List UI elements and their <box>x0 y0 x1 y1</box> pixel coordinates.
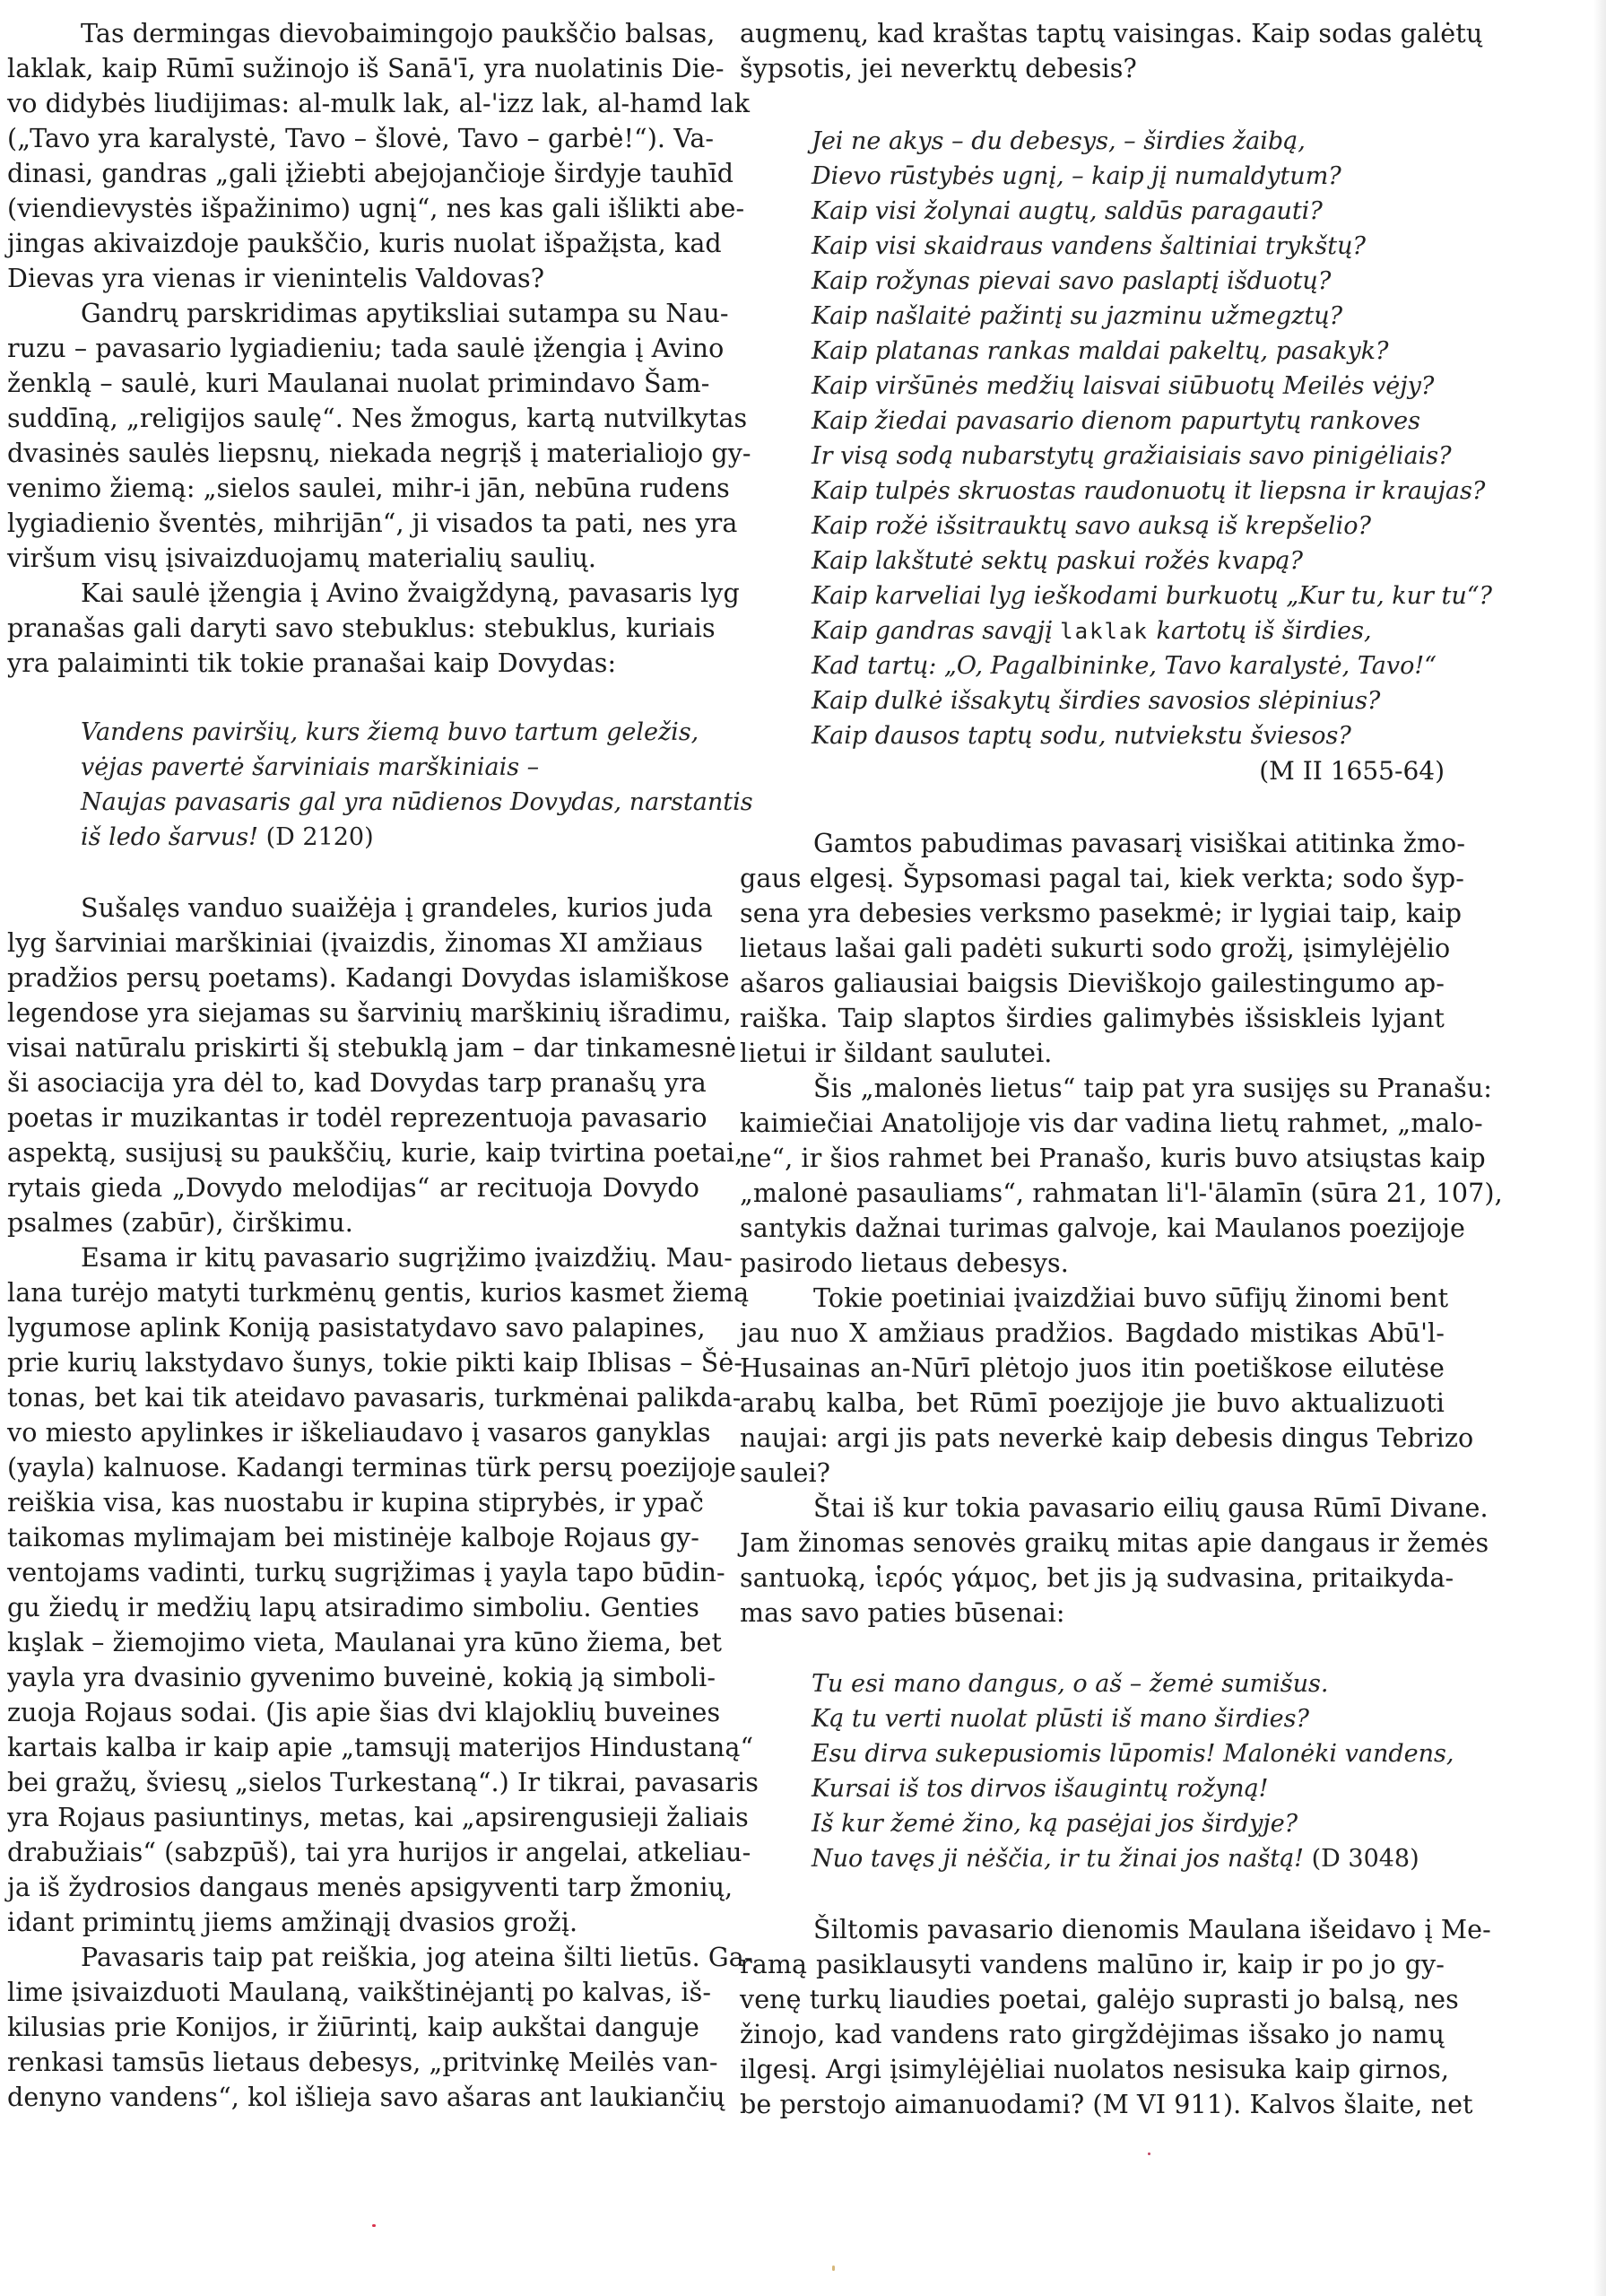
text-line: ja iš žydrosios dangaus menės apsigyvent… <box>7 1870 699 1905</box>
verse-text: Kaip gandras savąjį <box>812 617 1053 645</box>
text-line: bei gražų, šviesų „sielos Turkestaną“.) … <box>7 1765 699 1800</box>
verse-line: Kaip našlaitė pažintį su jazminu užmegzt… <box>812 299 1445 334</box>
paragraph: Šis „malonės lietus“ taip pat yra susiję… <box>740 1071 1445 1281</box>
text-line: psalmes (zabūr), čirškimu. <box>7 1205 699 1240</box>
text-line: reiškia visa, kas nuostabu ir kupina sti… <box>7 1485 699 1520</box>
verse-line: Vandens paviršių, kurs žiemą buvo tartum… <box>81 715 699 750</box>
text-line: prie kurių lakstydavo šunys, tokie pikti… <box>7 1345 699 1380</box>
text-line: vo didybės liudijimas: al-mulk lak, al-'… <box>7 86 699 121</box>
text-line: („Tavo yra karalystė, Tavo – šlovė, Tavo… <box>7 121 699 156</box>
left-column: Tas dermingas dievobaimingojo paukščio b… <box>7 16 699 2115</box>
verse-line: Esu dirva sukepusiomis lūpomis! Malonėki… <box>812 1736 1445 1771</box>
text-line: poetas ir muzikantas ir todėl reprezentu… <box>7 1100 699 1135</box>
text-line: žinojo, kad vandens rato girgždėjimas iš… <box>740 2017 1445 2052</box>
text-line: lietaus lašai gali padėti sukurti sodo g… <box>740 931 1445 966</box>
poem-quote: Tu esi mano dangus, o aš – žemė sumišus.… <box>740 1666 1445 1876</box>
paragraph: augmenų, kad kraštas taptų vaisingas. Ka… <box>740 16 1445 86</box>
verse-line: Naujas pavasaris gal yra nūdienos Dovyda… <box>81 785 699 820</box>
text-line: Sušalęs vanduo suaižėja į grandeles, kur… <box>7 891 699 926</box>
verse-line: Kaip visi skaidraus vandens šaltiniai tr… <box>812 229 1445 264</box>
verse-line: Kaip tulpės skruostas raudonuotų it liep… <box>812 474 1445 509</box>
text-line: Gamtos pabudimas pavasarį visiškai atiti… <box>740 826 1445 861</box>
paragraph: Pavasaris taip pat reiškia, jog ateina š… <box>7 1940 699 2115</box>
poem-quote: Vandens paviršių, kurs žiemą buvo tartum… <box>7 715 699 855</box>
verse-line: Ir visą sodą nubarstytų gražiaisiais sav… <box>812 439 1445 474</box>
text-line: mas savo paties būsenai: <box>740 1596 1445 1631</box>
text-line: lyg šarviniai marškiniai (įvaizdis, žino… <box>7 926 699 961</box>
text-line: Tokie poetiniai įvaizdžiai buvo sūfijų ž… <box>740 1281 1445 1316</box>
text-line: Šis „malonės lietus“ taip pat yra susiję… <box>740 1071 1445 1106</box>
text-line: gu žiedų ir medžių lapų atsiradimo simbo… <box>7 1590 699 1625</box>
verse-text: kartotų iš širdies, <box>1156 617 1371 645</box>
scan-speck <box>832 2266 835 2271</box>
paragraph: Tokie poetiniai įvaizdžiai buvo sūfijų ž… <box>740 1281 1445 1491</box>
verse-line: Kaip lakštutė sektų paskui rožės kvapą? <box>812 544 1445 578</box>
text-line: kışlak – žiemojimo vieta, Maulanai yra k… <box>7 1625 699 1660</box>
text-line: dvasinės saulės liepsnų, niekada negrįš … <box>7 436 699 471</box>
text-line: sena yra debesies verksmo pasekmė; ir ly… <box>740 896 1445 931</box>
text-line: ši asociacija yra dėl to, kad Dovydas ta… <box>7 1065 699 1100</box>
verse-line: Kursai iš tos dirvos išaugintų rožyną! <box>812 1771 1445 1806</box>
text-line: ruzu – pavasario lygiadieniu; tada saulė… <box>7 331 699 366</box>
verse-line: Kaip dulkė išsakytų širdies savosios slė… <box>812 683 1445 718</box>
text-line: ašaros galiausiai baigsis Dieviškojo gai… <box>740 966 1445 1001</box>
spacer <box>7 681 699 715</box>
verse-line: Kaip rožė išsitrauktų savo auksą iš krep… <box>812 509 1445 544</box>
text-line: santuoką, ἱερός γάμος, bet jis ją sudvas… <box>740 1561 1445 1596</box>
text-line: Kai saulė įžengia į Avino žvaigždyną, pa… <box>7 576 699 611</box>
paragraph: Sušalęs vanduo suaižėja į grandeles, kur… <box>7 891 699 1240</box>
text-line: legendose yra siejamas su šarvinių maršk… <box>7 996 699 1031</box>
text-line: lana turėjo matyti turkmėnų gentis, kuri… <box>7 1275 699 1310</box>
verse-text: iš ledo šarvus! <box>81 823 258 851</box>
text-line: naujai: argi jis pats neverkė kaip debes… <box>740 1421 1445 1456</box>
text-line: Tas dermingas dievobaimingojo paukščio b… <box>7 16 699 51</box>
text-line: kaimiečiai Anatolijoje vis dar vadina li… <box>740 1106 1445 1141</box>
verse-text: Nuo tavęs ji nėščia, ir tu žinai jos naš… <box>812 1845 1304 1873</box>
verse-line: Iš kur žemė žino, ką pasėjai jos širdyje… <box>812 1806 1445 1841</box>
text-line: be perstojo aimanuodami? (M VI 911). Kal… <box>740 2087 1445 2122</box>
text-line: laklak, kaip Rūmī sužinojo iš Sanā'ī, yr… <box>7 51 699 86</box>
text-line: jingas akivaizdoje paukščio, kuris nuola… <box>7 226 699 261</box>
text-line: denyno vandens“, kol išlieja savo ašaras… <box>7 2080 699 2115</box>
verse-line: iš ledo šarvus! (D 2120) <box>81 820 699 855</box>
text-line: lygumose aplink Koniją pasistatydavo sav… <box>7 1310 699 1345</box>
spacer <box>740 1876 1445 1912</box>
verse-line: Kaip visi žolynai augtų, saldūs paragaut… <box>812 194 1445 229</box>
text-line: lime įsivaizduoti Maulaną, vaikštinėjant… <box>7 1975 699 2010</box>
text-line: dinasi, gandras „gali įžiebti abejojanči… <box>7 156 699 191</box>
scan-speck <box>1148 2152 1150 2155</box>
verse-line: Tu esi mano dangus, o aš – žemė sumišus. <box>812 1666 1445 1701</box>
text-line: pasirodo lietaus debesys. <box>740 1246 1445 1281</box>
text-line: „malonė pasauliams“, rahmatan li'l-'ālam… <box>740 1176 1445 1211</box>
text-line: yayla yra dvasinio gyvenimo buveinė, kok… <box>7 1660 699 1695</box>
spacer <box>740 1631 1445 1666</box>
text-line: venę turkų liaudies poetai, galėjo supra… <box>740 1982 1445 2017</box>
text-line: Štai iš kur tokia pavasario eilių gausa … <box>740 1491 1445 1526</box>
text-line: drabužiais“ (sabzpūš), tai yra hurijos i… <box>7 1835 699 1870</box>
text-line: lygiadienio šventės, mihrijān“, ji visad… <box>7 506 699 541</box>
text-line: lietui ir šildant saulutei. <box>740 1036 1445 1071</box>
verse-line: Kaip platanas rankas maldai pakeltų, pas… <box>812 334 1445 369</box>
verse-line: Ką tu verti nuolat plūsti iš mano širdie… <box>812 1701 1445 1736</box>
text-line: yra Rojaus pasiuntinys, metas, kai „apsi… <box>7 1800 699 1835</box>
text-line: gaus elgesį. Šypsomasi pagal tai, kiek v… <box>740 861 1445 896</box>
text-line: visai natūralu priskirti šį stebuklą jam… <box>7 1031 699 1065</box>
verse-line: Kaip karveliai lyg ieškodami burkuotų „K… <box>812 578 1445 613</box>
text-line: Gandrų parskridimas apytiksliai sutampa … <box>7 296 699 331</box>
text-line: Dievas yra vienas ir vienintelis Valdova… <box>7 261 699 296</box>
citation: (M II 1655-64) <box>740 753 1445 788</box>
text-line: Esama ir kitų pavasario sugrįžimo įvaizd… <box>7 1240 699 1275</box>
right-column: augmenų, kad kraštas taptų vaisingas. Ka… <box>740 16 1445 2122</box>
text-line: šypsotis, jei neverktų debesis? <box>740 51 1445 86</box>
text-line: rytais gieda „Dovydo melodijas“ ar recit… <box>7 1170 699 1205</box>
paragraph: Esama ir kitų pavasario sugrįžimo įvaizd… <box>7 1240 699 1940</box>
text-line: zuoja Rojaus sodai. (Jis apie šias dvi k… <box>7 1695 699 1730</box>
text-line: (yayla) kalnuose. Kadangi terminas türk … <box>7 1450 699 1485</box>
verse-line: Nuo tavęs ji nėščia, ir tu žinai jos naš… <box>812 1841 1445 1876</box>
verse-line: Kaip dausos taptų sodu, nutviekstu švies… <box>812 718 1445 753</box>
verse-line: Dievo rūstybės ugnį, – kaip jį numaldytu… <box>812 159 1445 194</box>
poem-quote: Jei ne akys – du debesys, – širdies žaib… <box>740 124 1445 753</box>
text-line: santykis dažnai turimas galvoje, kai Mau… <box>740 1211 1445 1246</box>
text-line: idant primintų jiems amžinąjį dvasios gr… <box>7 1905 699 1940</box>
text-line: venimo žiemą: „sielos saulei, mihr-i jān… <box>7 471 699 506</box>
text-line: raiška. Taip slaptos širdies galimybės i… <box>740 1001 1445 1036</box>
paragraph: Gamtos pabudimas pavasarį visiškai atiti… <box>740 826 1445 1071</box>
text-line: kilusias prie Konijos, ir žiūrintį, kaip… <box>7 2010 699 2045</box>
text-line: Jam žinomas senovės graikų mitas apie da… <box>740 1526 1445 1561</box>
text-line: renkasi tamsūs lietaus debesys, „pritvin… <box>7 2045 699 2080</box>
spaced-word: laklak <box>1060 619 1149 644</box>
paragraph: Šiltomis pavasario dienomis Maulana išei… <box>740 1912 1445 2122</box>
verse-line: Kaip viršūnės medžių laisvai siūbuotų Me… <box>812 369 1445 404</box>
text-line: (viendievystės išpažinimo) ugnį“, nes ka… <box>7 191 699 226</box>
text-line: viršum visų įsivaizduojamų materialių sa… <box>7 541 699 576</box>
text-line: ramą pasiklausyti vandens malūno ir, kai… <box>740 1947 1445 1982</box>
text-line: taikomas mylimajam bei mistinėje kalboje… <box>7 1520 699 1555</box>
text-line: ventojams vadinti, turkų sugrįžimas į ya… <box>7 1555 699 1590</box>
paragraph: Kai saulė įžengia į Avino žvaigždyną, pa… <box>7 576 699 681</box>
text-line: suddīną, „religijos saulę“. Nes žmogus, … <box>7 401 699 436</box>
spacer <box>740 788 1445 826</box>
verse-line: Kaip žiedai pavasario dienom papurtytų r… <box>812 404 1445 439</box>
text-line: ženklą – saulė, kuri Maulanai nuolat pri… <box>7 366 699 401</box>
text-line: Pavasaris taip pat reiškia, jog ateina š… <box>7 1940 699 1975</box>
paragraph: Tas dermingas dievobaimingojo paukščio b… <box>7 16 699 296</box>
paragraph: Gandrų parskridimas apytiksliai sutampa … <box>7 296 699 576</box>
page-edge-shadow <box>1593 0 1606 2296</box>
text-line: saulei? <box>740 1456 1445 1491</box>
verse-line: vėjas pavertė šarviniais marškiniais – <box>81 750 699 785</box>
verse-line: Jei ne akys – du debesys, – širdies žaib… <box>812 124 1445 159</box>
text-line: pradžios persų poetams). Kadangi Dovydas… <box>7 961 699 996</box>
citation: (D 3048) <box>1312 1845 1419 1873</box>
text-line: ilgesį. Argi įsimylėjėliai nuolatos nesi… <box>740 2052 1445 2087</box>
text-line: pranašas gali daryti savo stebuklus: ste… <box>7 611 699 646</box>
text-line: yra palaiminti tik tokie pranašai kaip D… <box>7 646 699 681</box>
text-line: arabų kalba, bet Rūmī poezijoje jie buvo… <box>740 1386 1445 1421</box>
verse-line: Kaip rožynas pievai savo paslaptį išduot… <box>812 264 1445 299</box>
verse-line: Kad tartų: „O, Pagalbininke, Tavo karaly… <box>812 648 1445 683</box>
paragraph: Štai iš kur tokia pavasario eilių gausa … <box>740 1491 1445 1631</box>
text-line: tonas, bet kai tik ateidavo pavasaris, t… <box>7 1380 699 1415</box>
text-line: aspektą, susijusį su paukščių, kurie, ka… <box>7 1135 699 1170</box>
text-line: kartais kalba ir kaip apie „tamsųjį mate… <box>7 1730 699 1765</box>
text-line: vo miesto apylinkes ir iškeliaudavo į va… <box>7 1415 699 1450</box>
text-line: ne“, ir šios rahmet bei Pranašo, kuris b… <box>740 1141 1445 1176</box>
text-line: jau nuo X amžiaus pradžios. Bagdado mist… <box>740 1316 1445 1351</box>
text-line: augmenų, kad kraštas taptų vaisingas. Ka… <box>740 16 1445 51</box>
spacer <box>7 855 699 891</box>
spacer <box>740 86 1445 124</box>
text-line: Šiltomis pavasario dienomis Maulana išei… <box>740 1912 1445 1947</box>
citation: (D 2120) <box>266 823 374 851</box>
scan-speck <box>372 2224 376 2227</box>
verse-line: Kaip gandras savąjį laklak kartotų iš ši… <box>812 613 1445 648</box>
text-line: Husainas an-Nūrī plėtojo juos itin poeti… <box>740 1351 1445 1386</box>
